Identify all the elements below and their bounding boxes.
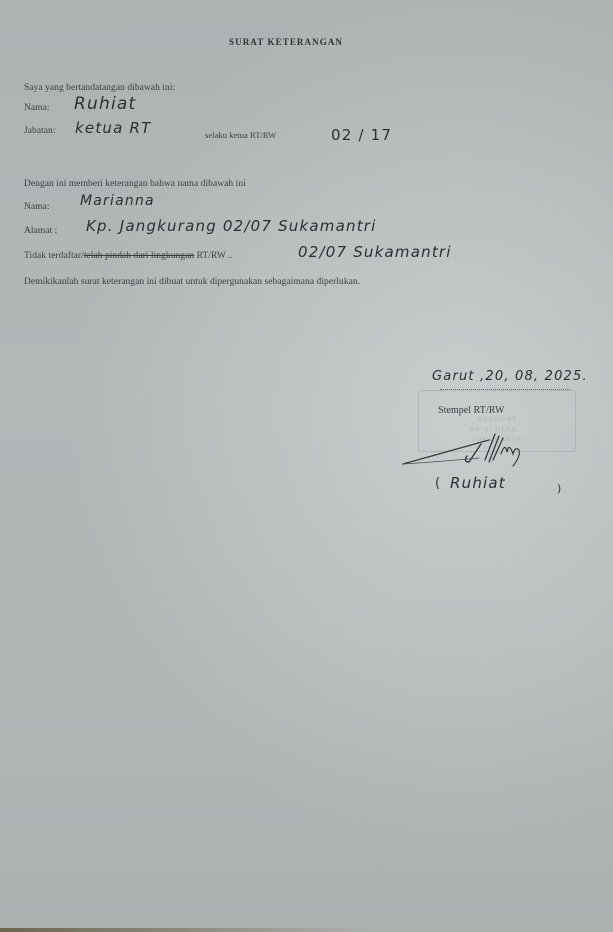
registration-prefix: Tidak terdaftar/ — [24, 251, 84, 261]
registration-line: Tidak terdaftar/telah pindah dari lingku… — [24, 251, 233, 261]
registration-struck-text: telah pindah dari lingkungan — [84, 251, 194, 261]
statement-text: Dengan ini memberi keterangan bahwa nama… — [24, 179, 246, 189]
signer-position-label: Jabatan: — [24, 126, 56, 136]
subject-address-label: Alamat : — [24, 226, 57, 236]
registration-value: 02/07 Sukamantri — [298, 243, 452, 261]
signer-open-paren: ( — [435, 476, 441, 491]
subject-name-label: Nama: — [24, 202, 50, 212]
stamp-label: Stempel RT/RW — [438, 405, 504, 416]
document-title: SURAT KETERANGAN — [229, 37, 343, 47]
closing-text: Demikikanlah surat keterangan ini dibuat… — [24, 277, 360, 287]
place-date: Garut ,20, 08, 2025. — [432, 369, 588, 384]
paper-bottom-edge — [0, 928, 613, 932]
stamp-ghost-line-1: KETUA RT — [478, 416, 517, 423]
signer-name-label: Nama: — [24, 103, 50, 113]
signer-name-value: Ruhiat — [74, 94, 136, 114]
signer-close-paren: ) — [557, 482, 563, 495]
subject-address-value: Kp. Jangkurang 02/07 Sukamantri — [86, 217, 377, 235]
intro-text: Saya yang bertandatangan dibawah ini: — [24, 83, 175, 93]
signature-mark-icon — [395, 432, 535, 477]
registration-suffix: RT/RW .. — [194, 251, 233, 261]
signer-position-value: ketua RT — [75, 119, 151, 137]
subject-name-value: Marianna — [80, 193, 155, 209]
signer-name-under-signature: Ruhiat — [450, 474, 506, 492]
rtrw-label: selaku ketua RT/RW — [205, 130, 276, 140]
rtrw-value: 02 / 17 — [331, 126, 392, 144]
